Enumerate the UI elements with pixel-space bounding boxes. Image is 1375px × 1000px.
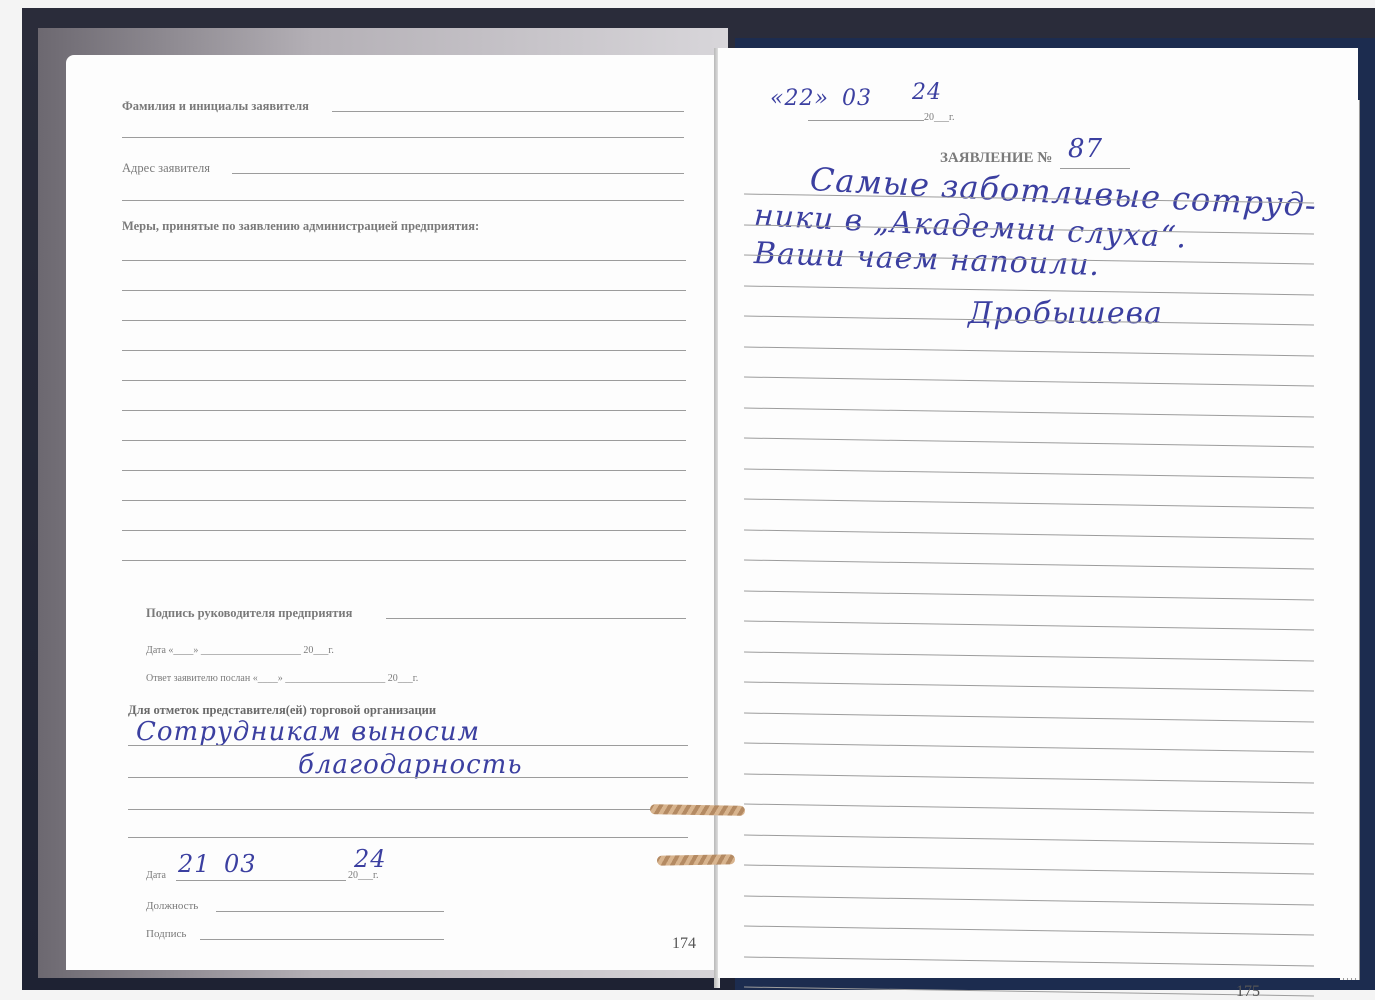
ruled-line[interactable] xyxy=(122,470,686,471)
position-line[interactable] xyxy=(216,911,444,912)
date-label: Дата xyxy=(146,870,166,881)
date-day: 21 xyxy=(178,850,211,878)
binding-thread-bottom xyxy=(657,854,735,865)
ruled-line[interactable] xyxy=(744,956,1314,966)
left-page: Фамилия и инициалы заявителя Адрес заяви… xyxy=(66,55,716,970)
ruled-line[interactable] xyxy=(744,804,1314,814)
ruled-line[interactable] xyxy=(744,468,1314,478)
notes-line[interactable] xyxy=(128,837,688,838)
applicant-name-line-2[interactable] xyxy=(122,137,684,138)
statement-title: ЗАЯВЛЕНИЕ № xyxy=(940,150,1052,167)
statement-date-day: «22» xyxy=(770,86,829,111)
notes-line[interactable] xyxy=(128,809,688,810)
ruled-line[interactable] xyxy=(122,500,686,501)
ruled-line[interactable] xyxy=(122,290,686,291)
right-page: «22» 03 24 20___г. ЗАЯВЛЕНИЕ № 87 Самые … xyxy=(718,48,1358,978)
statement-date-suffix: 20___г. xyxy=(924,112,954,123)
ruled-line[interactable] xyxy=(122,560,686,561)
date-month: 03 xyxy=(224,850,257,878)
representative-notes-line-1: Сотрудникам выносим xyxy=(136,717,480,747)
ruled-line[interactable] xyxy=(122,260,686,261)
ruled-line[interactable] xyxy=(744,621,1314,631)
statement-date-month: 03 xyxy=(842,86,872,111)
measures-label: Меры, принятые по заявлению администраци… xyxy=(122,219,479,234)
ruled-line[interactable] xyxy=(744,834,1314,844)
ruled-line[interactable] xyxy=(122,320,686,321)
ruled-line[interactable] xyxy=(744,346,1314,356)
ruled-line[interactable] xyxy=(744,712,1314,722)
ruled-line[interactable] xyxy=(744,438,1314,448)
position-label: Должность xyxy=(146,900,198,912)
manager-signature-line[interactable] xyxy=(386,618,686,619)
signature-line[interactable] xyxy=(200,939,444,940)
applicant-address-label: Адрес заявителя xyxy=(122,161,210,176)
ruled-line[interactable] xyxy=(744,682,1314,692)
statement-date-underline[interactable] xyxy=(808,120,924,121)
page-number-left: 174 xyxy=(672,935,696,953)
statement-number: 87 xyxy=(1068,134,1103,164)
binding-thread-top xyxy=(650,804,745,816)
date-line: Дата «____» ____________________ 20___г. xyxy=(146,645,334,656)
ruled-line[interactable] xyxy=(744,926,1314,936)
applicant-address-line-2[interactable] xyxy=(122,200,684,201)
ruled-line[interactable] xyxy=(122,350,686,351)
notes-line[interactable] xyxy=(128,745,688,746)
date-suffix: 20___г. xyxy=(348,870,378,881)
ruled-line[interactable] xyxy=(744,407,1314,417)
ruled-line[interactable] xyxy=(744,895,1314,905)
statement-signature: Дробышева xyxy=(968,296,1163,331)
signature-label: Подпись xyxy=(146,928,186,940)
date-year: 24 xyxy=(354,845,387,873)
ruled-line[interactable] xyxy=(122,530,686,531)
reply-sent-line: Ответ заявителю послан «____» __________… xyxy=(146,673,418,684)
ruled-line[interactable] xyxy=(744,560,1314,570)
representative-notes-label: Для отметок представителя(ей) торговой о… xyxy=(128,703,436,718)
applicant-name-line[interactable] xyxy=(332,111,684,112)
statement-number-underline[interactable] xyxy=(1060,168,1130,169)
representative-notes-line-2: благодарность xyxy=(298,750,523,780)
ruled-line[interactable] xyxy=(744,377,1314,387)
statement-date-year: 24 xyxy=(912,80,942,105)
ruled-line[interactable] xyxy=(122,380,686,381)
ruled-line[interactable] xyxy=(744,529,1314,539)
notes-line[interactable] xyxy=(128,777,688,778)
applicant-name-label: Фамилия и инициалы заявителя xyxy=(122,99,309,114)
ruled-line[interactable] xyxy=(744,590,1314,600)
ruled-line[interactable] xyxy=(122,410,686,411)
ruled-line[interactable] xyxy=(744,743,1314,753)
date-underline[interactable] xyxy=(176,880,346,881)
ruled-line[interactable] xyxy=(744,285,1314,295)
manager-signature-label: Подпись руководителя предприятия xyxy=(146,606,352,621)
page-number-right: 175 xyxy=(1236,983,1260,1000)
ruled-line[interactable] xyxy=(122,440,686,441)
ruled-line[interactable] xyxy=(744,865,1314,875)
ruled-line[interactable] xyxy=(744,651,1314,661)
ruled-line[interactable] xyxy=(744,499,1314,509)
applicant-address-line[interactable] xyxy=(232,173,684,174)
ruled-line[interactable] xyxy=(744,773,1314,783)
